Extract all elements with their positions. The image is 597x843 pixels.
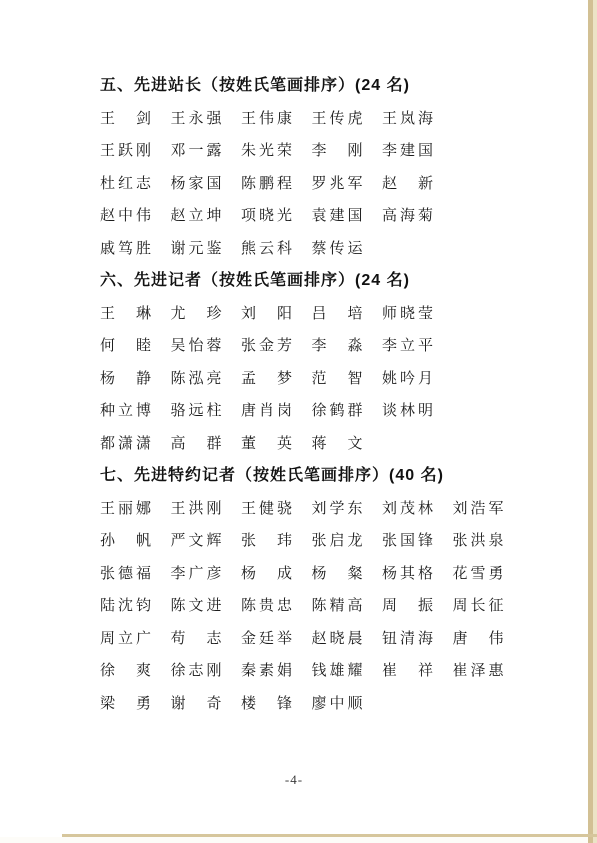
name-row: 王丽娜 王洪刚 王健骁 刘学东 刘茂林 刘浩军 <box>100 493 560 526</box>
person-name: 赵 新 <box>382 168 453 201</box>
person-name: 杨其格 <box>382 558 453 591</box>
name-row: 周立广 苟 志 金廷举 赵晓晨 钮清海 唐 伟 <box>100 623 560 656</box>
name-section: 六、先进记者（按姓氏笔画排序）(24 名) 王 琳 尤 珍 刘 阳 吕 培 师晓… <box>100 265 560 460</box>
person-name: 王 琳 <box>100 298 171 331</box>
person-name: 高海菊 <box>382 200 453 233</box>
person-name: 刘浩军 <box>453 493 524 526</box>
person-name: 唐肖岗 <box>241 395 312 428</box>
person-name: 李 淼 <box>312 330 383 363</box>
name-row: 王 剑 王永强 王伟康 王传虎 王岚海 <box>100 103 560 136</box>
person-name: 徐 爽 <box>100 655 171 688</box>
name-rows: 王丽娜 王洪刚 王健骁 刘学东 刘茂林 刘浩军 孙 帆 严文辉 张 玮 张启龙 … <box>100 493 560 721</box>
person-name: 徐鹤群 <box>312 395 383 428</box>
person-name: 赵立坤 <box>171 200 242 233</box>
person-name: 钮清海 <box>382 623 453 656</box>
person-name: 李 刚 <box>312 135 383 168</box>
person-name: 骆远柱 <box>171 395 242 428</box>
person-name: 杨家国 <box>171 168 242 201</box>
name-row: 戚笃胜 谢元鉴 熊云科 蔡传运 <box>100 233 560 266</box>
name-rows: 王 剑 王永强 王伟康 王传虎 王岚海 王跃刚 邓一露 朱光荣 李 刚 李建国 … <box>100 103 560 266</box>
person-name: 项晓光 <box>241 200 312 233</box>
name-row: 陆沈钧 陈文进 陈贵忠 陈精高 周 振 周长征 <box>100 590 560 623</box>
person-name: 高 群 <box>171 428 242 461</box>
person-name: 杨 粲 <box>312 558 383 591</box>
page-number: -4- <box>0 772 588 788</box>
person-name: 孙 帆 <box>100 525 171 558</box>
person-name: 周立广 <box>100 623 171 656</box>
person-name: 蔡传运 <box>312 233 383 266</box>
person-name: 姚吟月 <box>382 363 453 396</box>
name-section: 五、先进站长（按姓氏笔画排序）(24 名) 王 剑 王永强 王伟康 王传虎 王岚… <box>100 70 560 265</box>
person-name: 陈精高 <box>312 590 383 623</box>
person-name: 王岚海 <box>382 103 453 136</box>
person-name: 陈文进 <box>171 590 242 623</box>
person-name: 廖中顺 <box>312 688 383 721</box>
name-row: 梁 勇 谢 奇 楼 锋 廖中顺 <box>100 688 560 721</box>
page-edge-bottom-margin <box>0 837 588 843</box>
person-name: 蒋 文 <box>312 428 383 461</box>
person-name: 尤 珍 <box>171 298 242 331</box>
person-name: 杨 成 <box>241 558 312 591</box>
person-name: 袁建国 <box>312 200 383 233</box>
person-name: 王永强 <box>171 103 242 136</box>
person-name: 陆沈钧 <box>100 590 171 623</box>
person-name: 王跃刚 <box>100 135 171 168</box>
person-name: 师晓莹 <box>382 298 453 331</box>
name-row: 徐 爽 徐志刚 秦素娟 钱雄耀 崔 祥 崔泽惠 <box>100 655 560 688</box>
person-name: 梁 勇 <box>100 688 171 721</box>
name-row: 都潇潇 高 群 董 英 蒋 文 <box>100 428 560 461</box>
person-name: 崔 祥 <box>382 655 453 688</box>
person-name: 戚笃胜 <box>100 233 171 266</box>
person-name: 王传虎 <box>312 103 383 136</box>
person-name: 金廷举 <box>241 623 312 656</box>
person-name: 崔泽惠 <box>453 655 524 688</box>
name-row: 张德福 李广彦 杨 成 杨 粲 杨其格 花雪勇 <box>100 558 560 591</box>
person-name: 杨 静 <box>100 363 171 396</box>
name-row: 种立博 骆远柱 唐肖岗 徐鹤群 谈林明 <box>100 395 560 428</box>
person-name: 周长征 <box>453 590 524 623</box>
person-name: 谢 奇 <box>171 688 242 721</box>
person-name: 王丽娜 <box>100 493 171 526</box>
name-row: 何 睦 吴怡蓉 张金芳 李 淼 李立平 <box>100 330 560 363</box>
person-name: 何 睦 <box>100 330 171 363</box>
person-name: 周 振 <box>382 590 453 623</box>
person-name: 徐志刚 <box>171 655 242 688</box>
person-name: 孟 梦 <box>241 363 312 396</box>
person-name: 钱雄耀 <box>312 655 383 688</box>
person-name: 种立博 <box>100 395 171 428</box>
name-row: 孙 帆 严文辉 张 玮 张启龙 张国锋 张洪泉 <box>100 525 560 558</box>
person-name: 刘学东 <box>312 493 383 526</box>
person-name: 严文辉 <box>171 525 242 558</box>
person-name: 熊云科 <box>241 233 312 266</box>
person-name: 张洪泉 <box>453 525 524 558</box>
person-name: 李立平 <box>382 330 453 363</box>
sections: 五、先进站长（按姓氏笔画排序）(24 名) 王 剑 王永强 王伟康 王传虎 王岚… <box>100 70 560 720</box>
person-name: 陈贵忠 <box>241 590 312 623</box>
person-name: 罗兆军 <box>312 168 383 201</box>
person-name: 苟 志 <box>171 623 242 656</box>
name-row: 王跃刚 邓一露 朱光荣 李 刚 李建国 <box>100 135 560 168</box>
person-name: 陈泓亮 <box>171 363 242 396</box>
person-name: 李建国 <box>382 135 453 168</box>
person-name: 董 英 <box>241 428 312 461</box>
person-name: 张德福 <box>100 558 171 591</box>
person-name: 范 智 <box>312 363 383 396</box>
person-name: 谈林明 <box>382 395 453 428</box>
person-name: 谢元鉴 <box>171 233 242 266</box>
person-name: 张金芳 <box>241 330 312 363</box>
person-name: 都潇潇 <box>100 428 171 461</box>
section-title: 六、先进记者（按姓氏笔画排序）(24 名) <box>100 265 560 298</box>
person-name: 吴怡蓉 <box>171 330 242 363</box>
person-name: 朱光荣 <box>241 135 312 168</box>
person-name: 秦素娟 <box>241 655 312 688</box>
page-edge-right-outer <box>593 0 597 843</box>
name-row: 赵中伟 赵立坤 项晓光 袁建国 高海菊 <box>100 200 560 233</box>
person-name: 邓一露 <box>171 135 242 168</box>
person-name: 李广彦 <box>171 558 242 591</box>
person-name: 王健骁 <box>241 493 312 526</box>
name-row: 王 琳 尤 珍 刘 阳 吕 培 师晓莹 <box>100 298 560 331</box>
person-name: 张 玮 <box>241 525 312 558</box>
person-name: 刘 阳 <box>241 298 312 331</box>
person-name: 花雪勇 <box>453 558 524 591</box>
person-name: 王伟康 <box>241 103 312 136</box>
person-name: 王洪刚 <box>171 493 242 526</box>
person-name: 楼 锋 <box>241 688 312 721</box>
section-title: 七、先进特约记者（按姓氏笔画排序）(40 名) <box>100 460 560 493</box>
person-name: 赵中伟 <box>100 200 171 233</box>
name-rows: 王 琳 尤 珍 刘 阳 吕 培 师晓莹 何 睦 吴怡蓉 张金芳 李 淼 李立平 … <box>100 298 560 461</box>
name-row: 杜红志 杨家国 陈鹏程 罗兆军 赵 新 <box>100 168 560 201</box>
person-name: 吕 培 <box>312 298 383 331</box>
person-name: 王 剑 <box>100 103 171 136</box>
person-name: 刘茂林 <box>382 493 453 526</box>
person-name: 张国锋 <box>382 525 453 558</box>
document-page: 五、先进站长（按姓氏笔画排序）(24 名) 王 剑 王永强 王伟康 王传虎 王岚… <box>0 0 597 843</box>
person-name: 张启龙 <box>312 525 383 558</box>
person-name: 唐 伟 <box>453 623 524 656</box>
person-name: 陈鹏程 <box>241 168 312 201</box>
person-name: 赵晓晨 <box>312 623 383 656</box>
name-section: 七、先进特约记者（按姓氏笔画排序）(40 名) 王丽娜 王洪刚 王健骁 刘学东 … <box>100 460 560 720</box>
name-row: 杨 静 陈泓亮 孟 梦 范 智 姚吟月 <box>100 363 560 396</box>
person-name: 杜红志 <box>100 168 171 201</box>
page-edge-right-line <box>588 0 593 843</box>
section-title: 五、先进站长（按姓氏笔画排序）(24 名) <box>100 70 560 103</box>
